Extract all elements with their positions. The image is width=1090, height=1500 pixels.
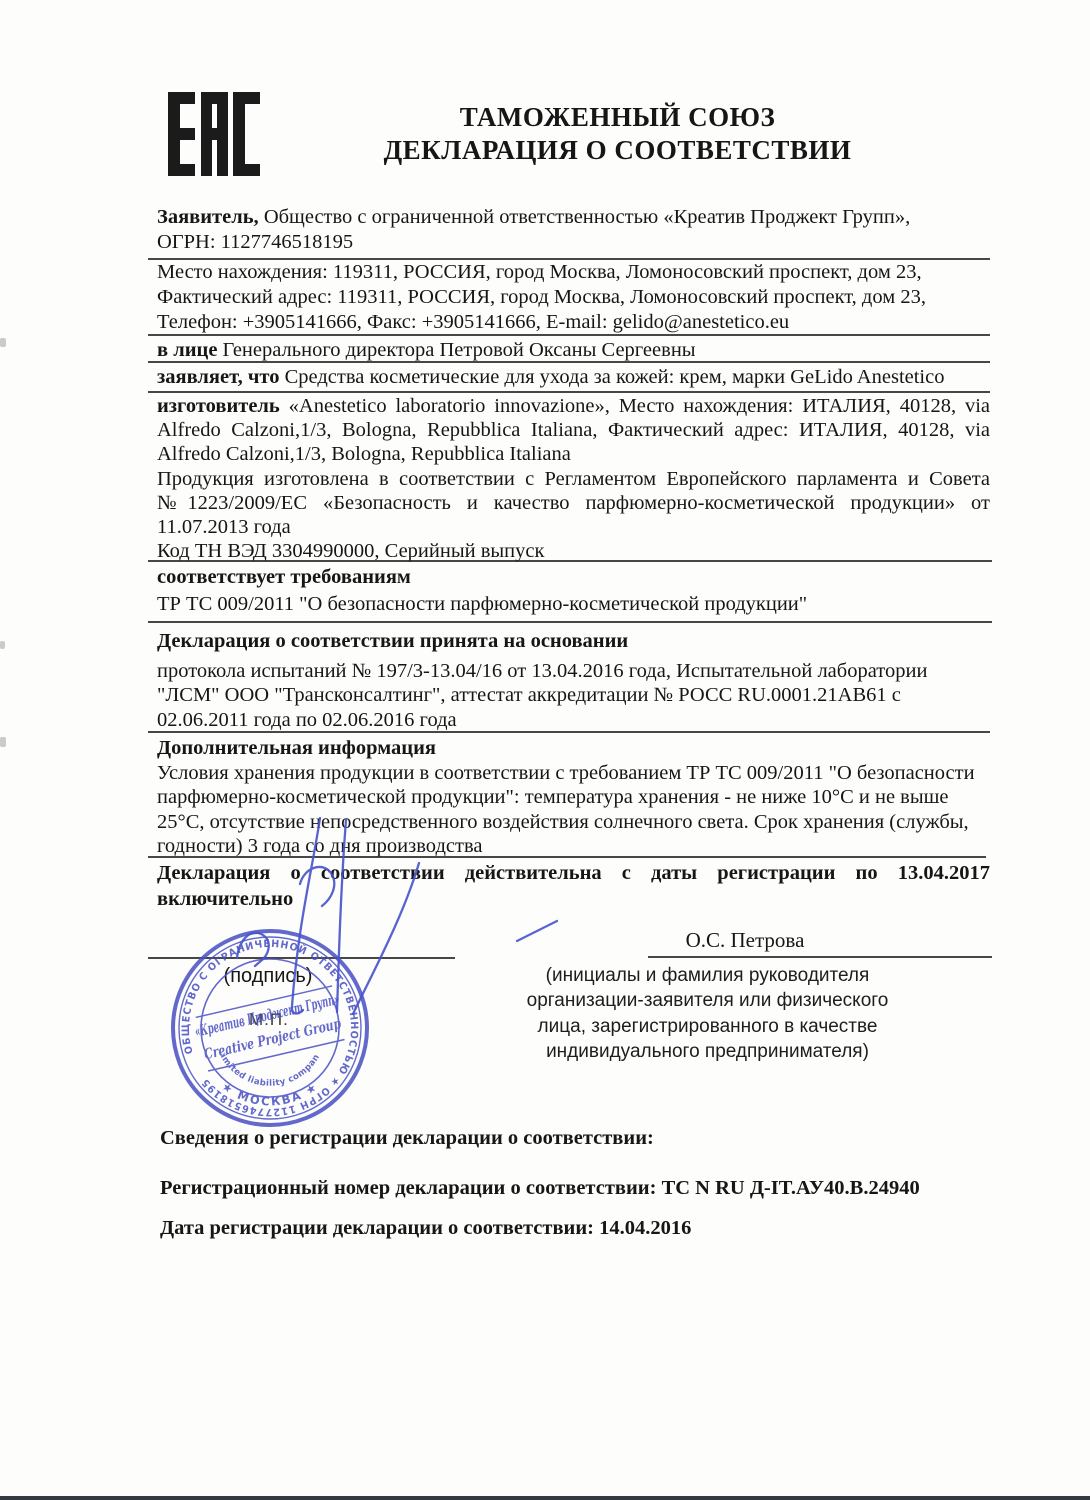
phone-line: Телефон: +3905141666, Факс: +3905141666,… xyxy=(157,310,997,335)
manufacturer-text: «Anestetico laboratorio innovazione», Ме… xyxy=(157,395,990,465)
divider xyxy=(148,856,986,858)
basis-text: протокола испытаний № 197/3-13.04/16 от … xyxy=(157,659,977,732)
manufacturer-section: изготовитель «Anestetico laboratorio inn… xyxy=(157,394,990,563)
scan-edge xyxy=(0,1496,1090,1500)
applicant-section: Заявитель, Общество с ограниченной ответ… xyxy=(157,205,990,255)
divider xyxy=(148,621,992,623)
registration-number-value: ТС N RU Д-IT.АУ40.В.24940 xyxy=(662,1177,920,1199)
applicant-label: Заявитель, xyxy=(157,206,259,228)
subject-text: Средства косметические для ухода за коже… xyxy=(285,366,945,388)
subject-label: заявляет, что xyxy=(157,366,279,388)
document-page: ТАМОЖЕННЫЙ СОЮЗ ДЕКЛАРАЦИЯ О СООТВЕТСТВИ… xyxy=(0,0,1090,1500)
registration-number-row: Регистрационный номер декларации о соотв… xyxy=(160,1176,1020,1201)
scan-artifact xyxy=(0,338,6,347)
manufacturer-paragraph: изготовитель «Anestetico laboratorio inn… xyxy=(157,394,990,467)
compliance-text: ТР ТС 009/2011 "О безопасности парфюмерн… xyxy=(157,592,990,617)
additional-info-text: Условия хранения продукции в соответстви… xyxy=(157,761,975,858)
representative-section: в лице Генерального директора Петровой О… xyxy=(157,338,990,363)
registration-date-value: 14.04.2016 xyxy=(599,1217,691,1239)
document-title: ТАМОЖЕННЫЙ СОЮЗ ДЕКЛАРАЦИЯ О СООТВЕТСТВИ… xyxy=(240,101,995,167)
address-line: Место нахождения: 119311, РОССИЯ, город … xyxy=(157,260,997,285)
divider xyxy=(148,391,990,393)
representative-text: Генерального директора Петровой Оксаны С… xyxy=(223,339,696,361)
divider xyxy=(148,361,990,363)
divider xyxy=(148,334,990,336)
registration-date-row: Дата регистрации декларации о соответств… xyxy=(160,1216,1020,1241)
compliance-heading: соответствует требованиям xyxy=(157,565,990,590)
basis-heading: Декларация о соответствии принята на осн… xyxy=(157,629,990,654)
subject-section: заявляет, что Средства косметические для… xyxy=(157,365,990,390)
validity-line-1: Декларация о соответствии действительна … xyxy=(157,861,990,886)
address-line: Фактический адрес: 119311, РОССИЯ, город… xyxy=(157,285,997,310)
name-line xyxy=(648,956,992,958)
representative-label: в лице xyxy=(157,339,217,361)
head-name: О.С. Петрова xyxy=(560,928,930,953)
manufacturer-label: изготовитель xyxy=(157,395,280,417)
additional-info-heading: Дополнительная информация xyxy=(157,736,990,761)
validity-line-2: включительно xyxy=(157,887,990,912)
scan-artifact xyxy=(0,641,5,649)
title-line-1: ТАМОЖЕННЫЙ СОЮЗ xyxy=(240,101,995,134)
divider xyxy=(148,731,990,733)
contacts-section: Место нахождения: 119311, РОССИЯ, город … xyxy=(157,260,997,334)
registration-heading: Сведения о регистрации декларации о соот… xyxy=(160,1126,990,1151)
title-line-2: ДЕКЛАРАЦИЯ О СООТВЕТСТВИИ xyxy=(240,134,995,167)
registration-number-label: Регистрационный номер декларации о соотв… xyxy=(160,1177,656,1199)
registration-date-label: Дата регистрации декларации о соответств… xyxy=(160,1217,594,1239)
company-stamp: ОБЩЕСТВО С ОГРАНИЧЕННОЙ ОТВЕТСТВЕННОСТЬЮ… xyxy=(160,918,380,1138)
name-caption: (инициалы и фамилия руководителя организ… xyxy=(500,963,915,1065)
scan-artifact xyxy=(0,737,6,747)
production-paragraph: Продукция изготовлена в соответствии с Р… xyxy=(157,467,990,540)
applicant-name: Общество с ограниченной ответственностью… xyxy=(264,206,910,228)
applicant-ogrn: ОГРН: 1127746518195 xyxy=(157,230,990,255)
divider xyxy=(148,560,992,562)
